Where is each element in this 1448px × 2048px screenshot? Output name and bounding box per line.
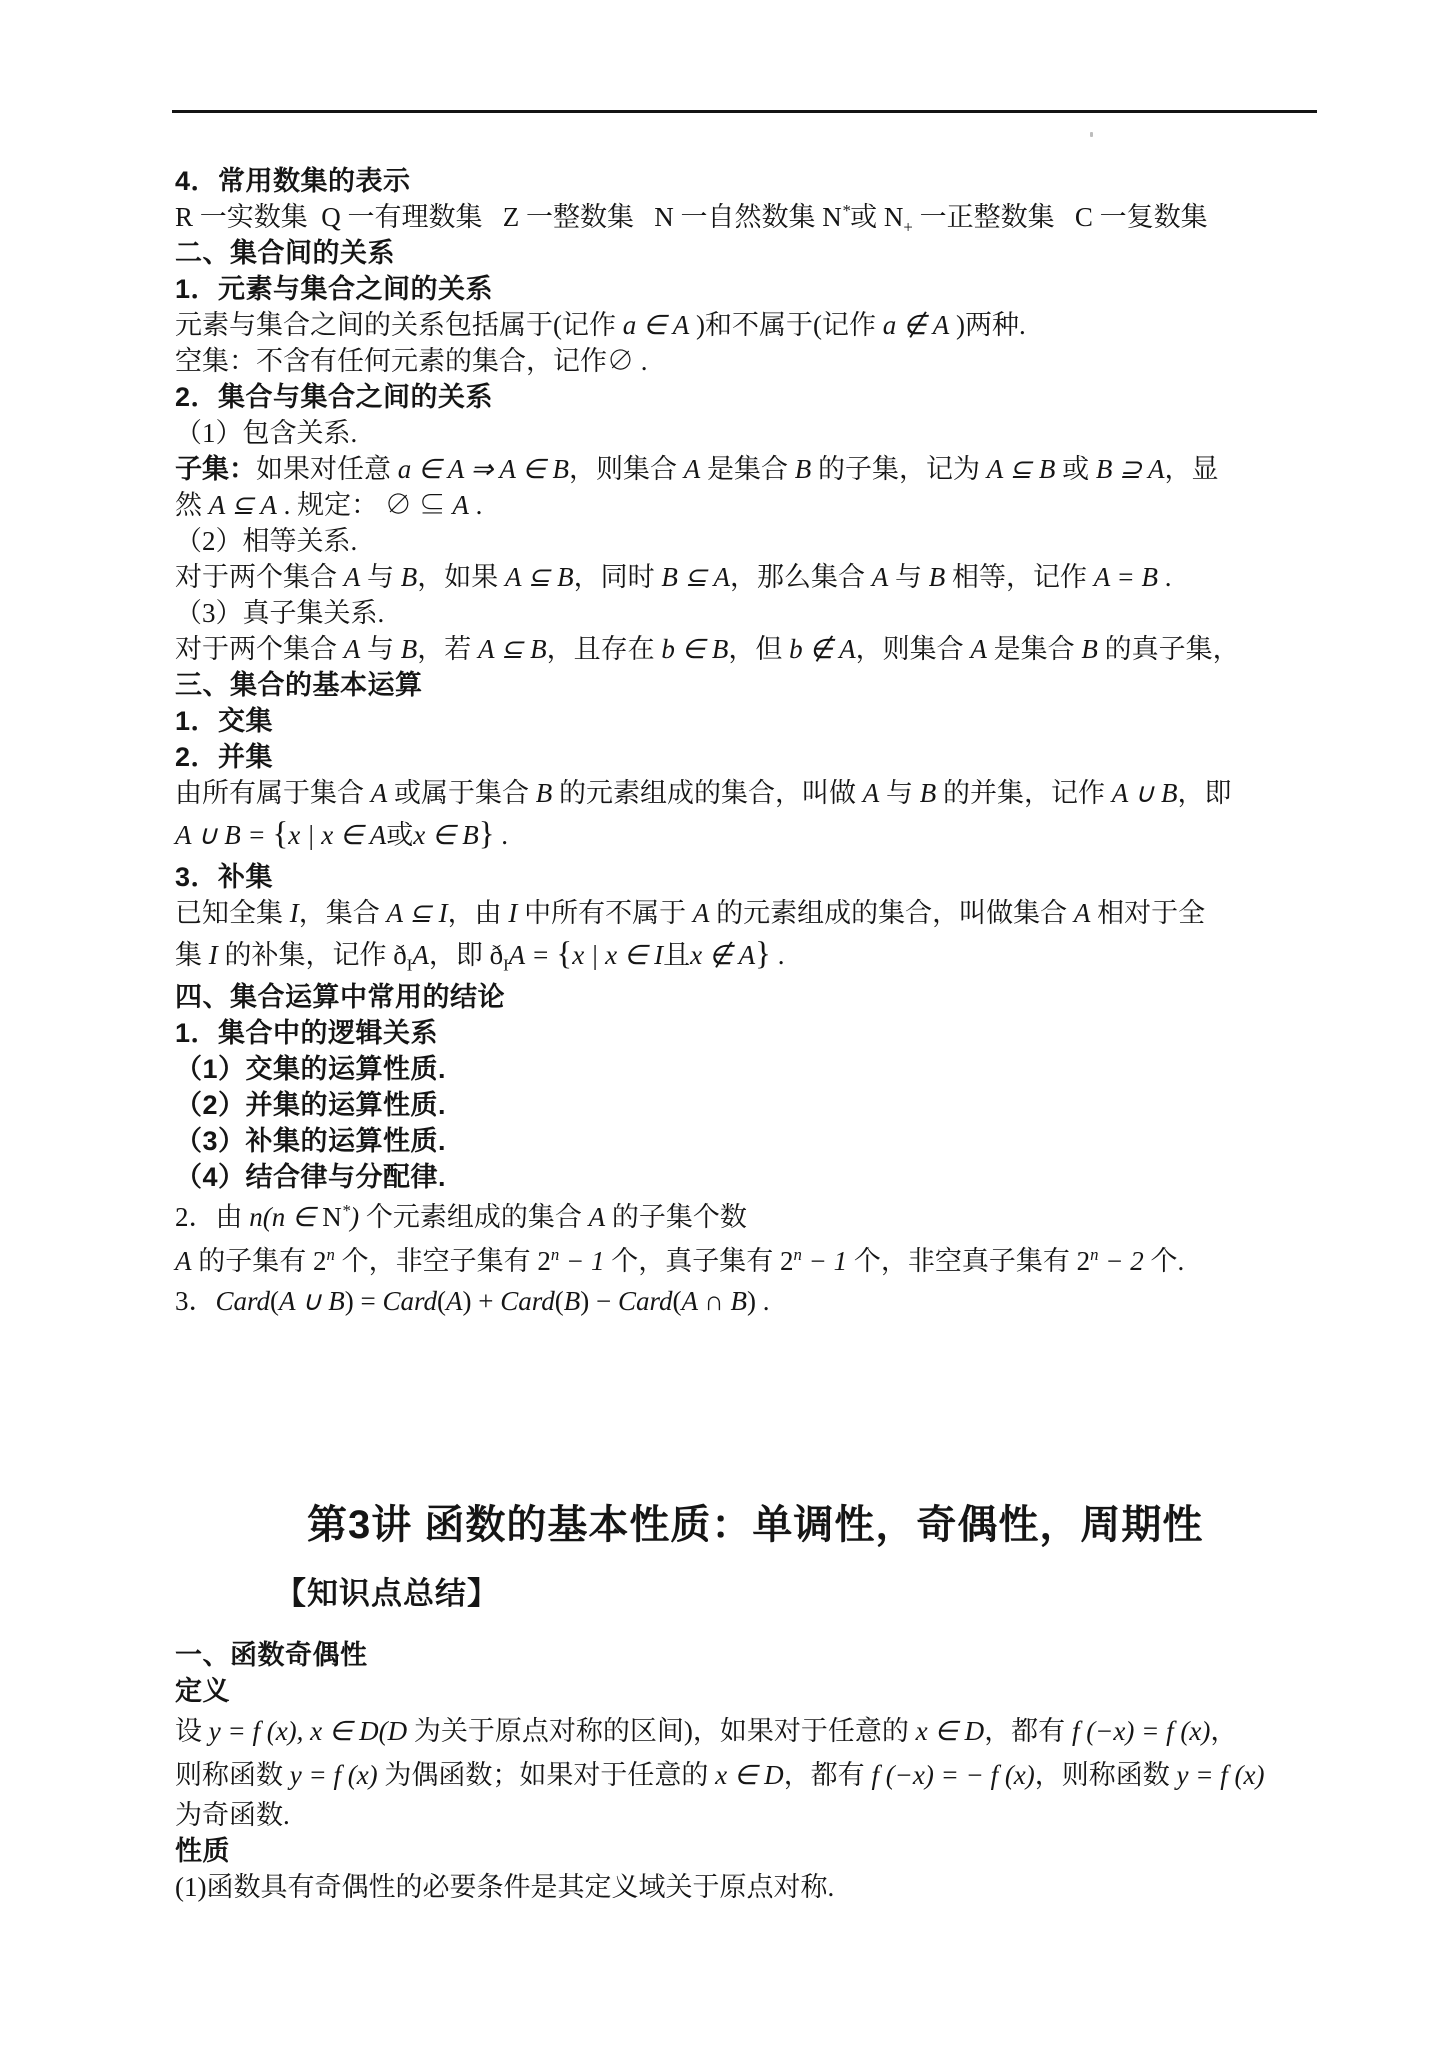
speck-artifact: [1090, 132, 1093, 137]
heading-definition: 定义: [175, 1673, 1325, 1709]
formula-card: 3．Card(A ∪ B) = Card(A) + Card(B) − Card…: [175, 1283, 1325, 1319]
line-union-properties: （2）并集的运算性质.: [175, 1087, 1325, 1123]
line-associative-distributive: （4）结合律与分配律.: [175, 1159, 1325, 1195]
heading-common-number-sets: 4．常用数集的表示: [175, 163, 1325, 199]
heading-function-parity: 一、函数奇偶性: [175, 1637, 1325, 1673]
line-proper-subset-relation: （3）真子集关系.: [175, 595, 1325, 631]
heading-intersection: 1．交集: [175, 703, 1325, 739]
document-page: 4．常用数集的表示R 一实数集 Q 一有理数集 Z 一整数集 N 一自然数集 N…: [0, 0, 1448, 2048]
line-element-set-relation: 元素与集合之间的关系包括属于(记作 a ∈ A )和不属于(记作 a ∉ A )…: [175, 307, 1325, 343]
header-rule: [172, 110, 1317, 113]
heading-complement: 3．补集: [175, 859, 1325, 895]
heading-section-3-set-operations: 三、集合的基本运算: [175, 667, 1325, 703]
line-equality-relation: （2）相等关系.: [175, 523, 1325, 559]
chapter-title: 第3讲 函数的基本性质：单调性，奇偶性，周期性: [175, 1499, 1325, 1551]
line-subset-count-intro: 2．由 n(n ∈ N*) 个元素组成的集合 A 的子集个数: [175, 1195, 1325, 1239]
heading-section-4-conclusions: 四、集合运算中常用的结论: [175, 979, 1325, 1015]
heading-section-2-set-relations: 二、集合间的关系: [175, 235, 1325, 271]
line-intersection-properties: （1）交集的运算性质.: [175, 1051, 1325, 1087]
line-parity-def-2: 则称函数 y = f (x) 为偶函数；如果对于任意的 x ∈ D，都有 f (…: [175, 1753, 1325, 1797]
line-subset-def-1: 子集：如果对任意 a ∈ A ⇒ A ∈ B，则集合 A 是集合 B 的子集，记…: [175, 451, 1325, 487]
line-equality-def: 对于两个集合 A 与 B，如果 A ⊆ B，同时 B ⊆ A，那么集合 A 与 …: [175, 559, 1325, 595]
line-complement-def: 已知全集 I，集合 A ⊆ I，由 I 中所有不属于 A 的元素组成的集合，叫做…: [175, 895, 1325, 931]
formula-complement: 集 I 的补集，记作 ðIA，即 ðIA = {x | x ∈ I且x ∉ A}…: [175, 931, 1325, 979]
line-parity-def-3: 为奇函数.: [175, 1797, 1325, 1833]
line-number-sets: R 一实数集 Q 一有理数集 Z 一整数集 N 一自然数集 N*或 N+ 一正整…: [175, 199, 1325, 235]
line-subset-count-detail: A 的子集有 2n 个，非空子集有 2n − 1 个，真子集有 2n − 1 个…: [175, 1239, 1325, 1283]
heading-union: 2．并集: [175, 739, 1325, 775]
line-inclusion-relation: （1）包含关系.: [175, 415, 1325, 451]
document-content: 4．常用数集的表示R 一实数集 Q 一有理数集 Z 一整数集 N 一自然数集 N…: [175, 163, 1325, 1905]
heading-logic-relations: 1．集合中的逻辑关系: [175, 1015, 1325, 1051]
formula-union: A ∪ B = {x | x ∈ A或x ∈ B} .: [175, 811, 1325, 859]
line-union-def: 由所有属于集合 A 或属于集合 B 的元素组成的集合，叫做 A 与 B 的并集，…: [175, 775, 1325, 811]
heading-element-set-relation: 1．元素与集合之间的关系: [175, 271, 1325, 307]
line-complement-properties: （3）补集的运算性质.: [175, 1123, 1325, 1159]
section-knowledge-summary: 【知识点总结】: [175, 1573, 1325, 1615]
heading-properties: 性质: [175, 1833, 1325, 1869]
line-subset-def-2: 然 A ⊆ A . 规定： ∅ ⊆ A .: [175, 487, 1325, 523]
line-property-1: (1)函数具有奇偶性的必要条件是其定义域关于原点对称.: [175, 1869, 1325, 1905]
line-proper-subset-def: 对于两个集合 A 与 B，若 A ⊆ B，且存在 b ∈ B，但 b ∉ A，则…: [175, 631, 1325, 667]
line-parity-def-1: 设 y = f (x), x ∈ D(D 为关于原点对称的区间)，如果对于任意的…: [175, 1709, 1325, 1753]
line-empty-set: 空集：不含有任何元素的集合，记作∅ .: [175, 343, 1325, 379]
heading-set-set-relation: 2．集合与集合之间的关系: [175, 379, 1325, 415]
